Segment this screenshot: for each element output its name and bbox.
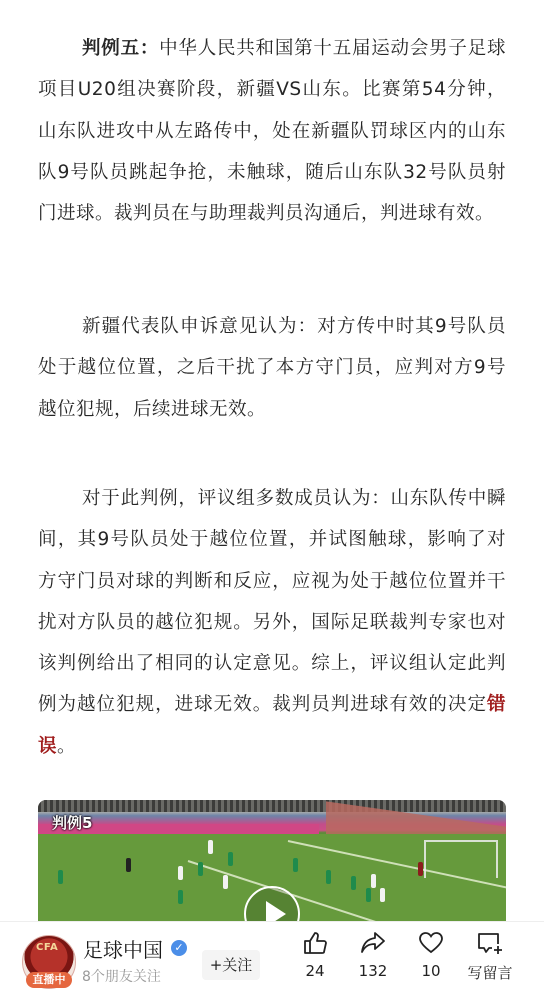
player <box>208 840 213 854</box>
follow-button[interactable]: +关注 <box>202 950 260 980</box>
player <box>223 875 228 889</box>
video-player[interactable]: 判例5 <box>38 800 506 921</box>
write-comment-button[interactable]: 写留言 <box>460 930 520 983</box>
video-overlay-label: 判例5 <box>52 812 92 833</box>
player <box>351 876 356 890</box>
bottom-action-bar: CFA 直播中 足球中国 ✓ 8个朋友关注 +关注 24 132 10 写留言 <box>0 921 544 1000</box>
share-button[interactable]: 132 <box>343 930 403 980</box>
share-icon <box>359 930 387 956</box>
favorite-button[interactable]: 10 <box>401 930 461 980</box>
player <box>326 870 331 884</box>
live-badge[interactable]: 直播中 <box>26 972 72 988</box>
like-count: 24 <box>285 962 345 980</box>
case-label: 判例五： <box>82 38 159 59</box>
player <box>178 866 183 880</box>
like-button[interactable]: 24 <box>285 930 345 980</box>
player <box>293 858 298 872</box>
player <box>178 890 183 904</box>
account-name[interactable]: 足球中国 <box>83 934 163 963</box>
player <box>380 888 385 902</box>
paragraph-text: 对于此判例，评议组多数成员认为：山东队传中瞬间，其9号队员处于越位位置，并试图触… <box>38 488 506 715</box>
player <box>228 852 233 866</box>
video-stands <box>38 800 506 812</box>
goal-frame <box>424 840 498 878</box>
player <box>366 888 371 902</box>
paragraph-ruling: 对于此判例，评议组多数成员认为：山东队传中瞬间，其9号队员处于越位位置，并试图触… <box>38 478 506 767</box>
verified-badge-icon: ✓ <box>171 940 187 956</box>
share-count: 132 <box>343 962 403 980</box>
comment-add-icon <box>476 930 504 956</box>
favorite-count: 10 <box>401 962 461 980</box>
write-comment-label: 写留言 <box>460 962 520 983</box>
player <box>198 862 203 876</box>
paragraph-text: 中华人民共和国第十五届运动会男子足球项目U20组决赛阶段，新疆VS山东。比赛第5… <box>38 38 506 224</box>
friends-following-text: 8个朋友关注 <box>82 966 161 986</box>
paragraph-appeal: 新疆代表队申诉意见认为：对方传中时其9号队员处于越位位置，之后干扰了本方守门员，… <box>38 306 506 430</box>
punctuation: 。 <box>57 736 76 757</box>
goalkeeper <box>418 862 423 876</box>
player <box>58 870 63 884</box>
player <box>371 874 376 888</box>
heart-icon <box>417 930 445 956</box>
paragraph-case-description: 判例五：中华人民共和国第十五届运动会男子足球项目U20组决赛阶段，新疆VS山东。… <box>38 28 506 234</box>
referee <box>126 858 131 872</box>
avatar-logo-text: CFA <box>36 942 58 953</box>
thumbs-up-icon <box>302 930 328 956</box>
